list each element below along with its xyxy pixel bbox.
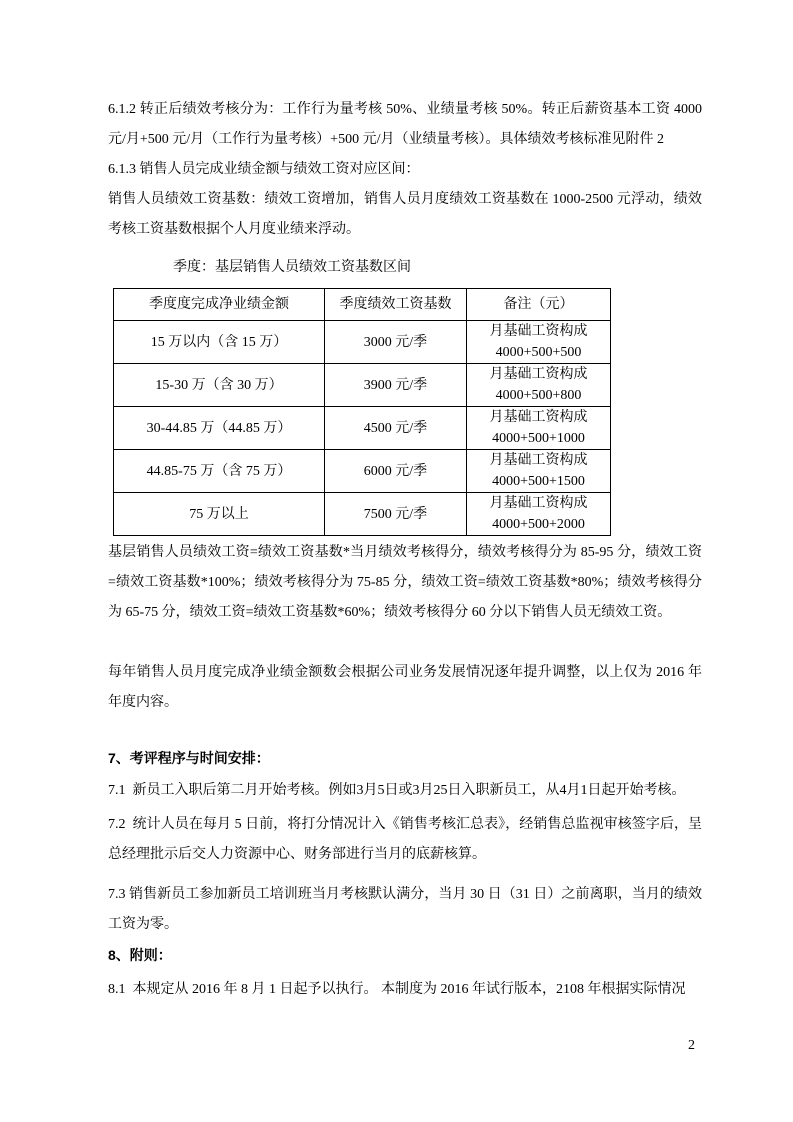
cell-wage-base: 4500 元/季 <box>325 407 467 450</box>
table-header-row: 季度度完成净业绩金额 季度绩效工资基数 备注（元） <box>114 289 611 321</box>
note-line-1: 月基础工资构成 <box>467 407 610 428</box>
note-line-1: 月基础工资构成 <box>467 493 610 514</box>
col-header-quarter-wage-base: 季度绩效工资基数 <box>325 289 467 321</box>
wage-base-table: 季度度完成净业绩金额 季度绩效工资基数 备注（元） 15 万以内（含 15 万）… <box>113 288 611 536</box>
table-row: 15 万以内（含 15 万） 3000 元/季 月基础工资构成 4000+500… <box>114 321 611 364</box>
note-line-1: 月基础工资构成 <box>467 321 610 342</box>
paragraph-8-1: 8.1 本规定从 2016 年 8 月 1 日起予以执行。 本制度为 2016 … <box>108 975 702 1005</box>
document-page: 6.1.2 转正后绩效考核分为：工作行为量考核 50%、业绩量考核 50%。转正… <box>0 0 793 1122</box>
cell-note: 月基础工资构成 4000+500+500 <box>467 321 611 364</box>
paragraph-wage-base: 销售人员绩效工资基数：绩效工资增加，销售人员月度绩效工资基数在 1000-250… <box>108 185 702 245</box>
document-content: 6.1.2 转正后绩效考核分为：工作行为量考核 50%、业绩量考核 50%。转正… <box>108 95 702 1005</box>
col-header-quarter-net-amount: 季度度完成净业绩金额 <box>114 289 325 321</box>
paragraph-7-3: 7.3 销售新员工参加新员工培训班当月考核默认满分，当月 30 日（31 日）之… <box>108 880 702 940</box>
page-number: 2 <box>688 1036 695 1056</box>
note-line-2: 4000+500+500 <box>467 342 610 363</box>
paragraph-6-1-2: 6.1.2 转正后绩效考核分为：工作行为量考核 50%、业绩量考核 50%。转正… <box>108 95 702 155</box>
note-line-2: 4000+500+800 <box>467 385 610 406</box>
cell-amount-range: 15-30 万（含 30 万） <box>114 364 325 407</box>
note-line-2: 4000+500+2000 <box>467 514 610 535</box>
cell-note: 月基础工资构成 4000+500+1500 <box>467 450 611 493</box>
cell-note: 月基础工资构成 4000+500+800 <box>467 364 611 407</box>
table-row: 15-30 万（含 30 万） 3900 元/季 月基础工资构成 4000+50… <box>114 364 611 407</box>
note-line-2: 4000+500+1000 <box>467 428 610 449</box>
table-row: 44.85-75 万（含 75 万） 6000 元/季 月基础工资构成 4000… <box>114 450 611 493</box>
section-heading-7: 7、考评程序与时间安排： <box>108 743 702 773</box>
cell-wage-base: 3000 元/季 <box>325 321 467 364</box>
cell-wage-base: 3900 元/季 <box>325 364 467 407</box>
note-line-1: 月基础工资构成 <box>467 364 610 385</box>
paragraph-6-1-3: 6.1.3 销售人员完成业绩金额与绩效工资对应区间： <box>108 155 702 185</box>
table-caption: 季度：基层销售人员绩效工资基数区间 <box>173 253 702 283</box>
cell-amount-range: 15 万以内（含 15 万） <box>114 321 325 364</box>
cell-wage-base: 6000 元/季 <box>325 450 467 493</box>
paragraph-7-2: 7.2 统计人员在每月 5 日前，将打分情况计入《销售考核汇总表》，经销售总监视… <box>108 810 702 870</box>
note-line-1: 月基础工资构成 <box>467 450 610 471</box>
paragraph-formula: 基层销售人员绩效工资=绩效工资基数*当月绩效考核得分，绩效考核得分为 85-95… <box>108 538 702 628</box>
cell-note: 月基础工资构成 4000+500+2000 <box>467 493 611 536</box>
section-heading-8: 8、附则： <box>108 940 702 970</box>
cell-note: 月基础工资构成 4000+500+1000 <box>467 407 611 450</box>
paragraph-yearly-adjust: 每年销售人员月度完成净业绩金额数会根据公司业务发展情况逐年提升调整，以上仅为 2… <box>108 658 702 718</box>
cell-amount-range: 30-44.85 万（44.85 万） <box>114 407 325 450</box>
note-line-2: 4000+500+1500 <box>467 471 610 492</box>
paragraph-7-1: 7.1 新员工入职后第二月开始考核。例如3月5日或3月25日入职新员工，从4月1… <box>108 776 702 806</box>
col-header-note: 备注（元） <box>467 289 611 321</box>
cell-amount-range: 44.85-75 万（含 75 万） <box>114 450 325 493</box>
table-row: 75 万以上 7500 元/季 月基础工资构成 4000+500+2000 <box>114 493 611 536</box>
table-row: 30-44.85 万（44.85 万） 4500 元/季 月基础工资构成 400… <box>114 407 611 450</box>
cell-amount-range: 75 万以上 <box>114 493 325 536</box>
cell-wage-base: 7500 元/季 <box>325 493 467 536</box>
